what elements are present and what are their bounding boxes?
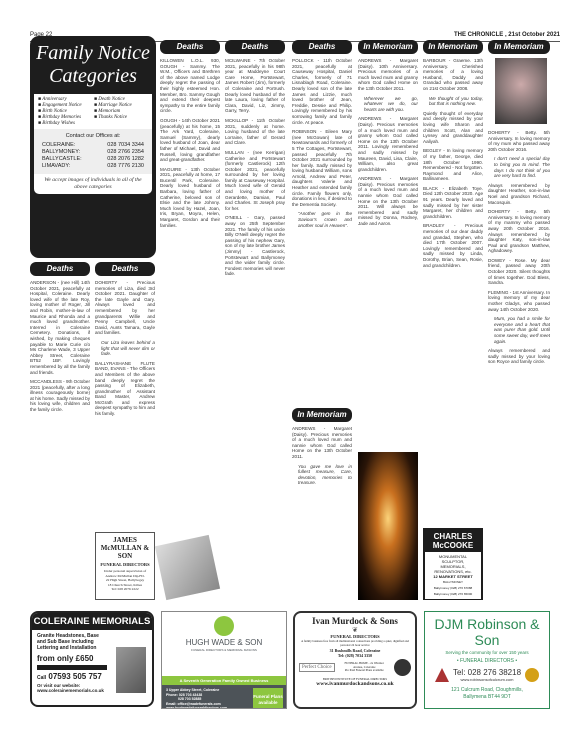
deaths-column-4: MCILWAINE - 7th October 2021, peacefully…: [225, 58, 285, 598]
category-item: Death Notice: [94, 97, 148, 102]
categories-title-line1: Family Notice: [36, 42, 150, 64]
images-note: We accept images of individuals in all o…: [34, 174, 152, 194]
deaths-header: Deaths: [30, 262, 90, 276]
funeral-plans-badge: Funeral Plans available: [253, 688, 283, 709]
notice-barbour-2: Quietly thought of everyday and deeply m…: [423, 111, 483, 145]
deaths-column-1: ANDERSON - (nee Hill) 14th October 2021,…: [30, 280, 90, 602]
nafd-logo-icon: [435, 668, 449, 682]
categories-title-line2: Categories: [49, 65, 137, 87]
category-item: Birthday Memories: [38, 115, 92, 120]
verse: You gave me love in fullest measure, Car…: [292, 464, 352, 486]
office-row: BALLYMONEY:028 2766 2354: [42, 149, 144, 156]
ad-charles-mccooke[interactable]: CHARLESMcCOOKE MONUMENTALSCULPTOR,MEMORI…: [423, 528, 483, 600]
notice-doherty-2: DOHERTY - Betty. 5th Anniversary. In lov…: [488, 209, 550, 254]
notice-oneill: O'NEILL - Gary, passed away on 25th Sept…: [225, 215, 285, 277]
paper-masthead: THE CHRONICLE , 21st October 2021: [454, 32, 560, 38]
deaths-header: Deaths: [160, 40, 220, 54]
notice-black: BLACK - Elizabeth Toye. Died 12th Octobe…: [423, 186, 483, 220]
deaths-column-5: POLLOCK - 11th October 2021, peacefully …: [292, 58, 352, 398]
notice-bradley: BRADLEY - Precious memories of our dear …: [423, 223, 483, 268]
deaths-header: Deaths: [225, 40, 285, 54]
category-item: Anniversary: [38, 97, 92, 102]
notice-pollock: POLLOCK - 11th October 2021, peacefully …: [292, 58, 352, 125]
in-memoriam-header: In Memoriam: [488, 40, 550, 54]
notice-barbour: BARBOUR - Graeme. 13th Anniversary. Cher…: [423, 58, 483, 92]
deaths-header: Deaths: [292, 40, 352, 54]
perfect-choice-logo: Perfect Choice: [299, 663, 335, 672]
memoriam-column-1: ANDREWS - Margaret (Daisy). Precious mem…: [292, 426, 352, 601]
notice-robinson: ROBINSON - Eileen Mary (nee McGowan) lat…: [292, 129, 352, 207]
notice-doherty: DOHERTY - Precious memories of Liza, die…: [95, 280, 155, 336]
deaths-header: Deaths: [95, 262, 155, 276]
ad-james-mcmullan[interactable]: JAMES McMULLAN & SON FUNERAL DIRECTORS U…: [95, 532, 155, 600]
notice-doherty-1: DOHERTY - Betty. 5th Anniversary. In lov…: [488, 130, 550, 152]
notice-begley: BEGLEY - In loving memory of my father, …: [423, 148, 483, 182]
notice-killowen: KILLOWEN L.O.L. 930, GOUGH - Sammy. The …: [160, 58, 220, 114]
notice-andrews-1: ANDREWS - Margaret (Daisy). 10th Anniver…: [358, 58, 418, 92]
verse: Our Liza leaves behind a light that will…: [95, 340, 155, 357]
office-row: BALLYCASTLE:028 2076 1282: [42, 156, 144, 163]
deaths-column-3: KILLOWEN L.O.L. 930, GOUGH - Sammy. The …: [160, 58, 220, 528]
notice-mcilwaine: MCILWAINE - 7th October 2021, peacefully…: [225, 58, 285, 114]
bifd-crest-icon: [394, 659, 411, 676]
verse: Mum, you had a smile for everyone and a …: [488, 316, 550, 344]
office-contacts: Contact our Offices at: COLERAINE:028 70…: [34, 129, 152, 174]
ad-coleraine-memorials[interactable]: COLERAINE MEMORIALS Granite Headstones, …: [30, 611, 154, 707]
crest-icon: [525, 668, 539, 682]
category-item: Birthday Wishes: [38, 121, 92, 126]
memoriam-column-4: DOHERTY - Betty. 5th Anniversary. In lov…: [488, 130, 550, 600]
category-item: Thanks Notice: [94, 115, 148, 120]
notice-anderson: ANDERSON - (nee Hill) 14th October 2021,…: [30, 280, 90, 375]
headstone-image: [116, 647, 146, 693]
category-list: Anniversary Death Notice Engagement Noti…: [34, 94, 152, 129]
family-notice-categories-box: Family NoticeCategories Anniversary Deat…: [30, 36, 156, 258]
category-item: Memoriam: [94, 109, 148, 114]
notice-doherty-1b: Always remembered by daughter Heather, s…: [488, 183, 550, 205]
in-memoriam-header: In Memoriam: [292, 408, 352, 422]
notice-mccandless: MCCANDLESS - 9th October 2021 (peacefull…: [30, 379, 90, 413]
notice-gough: GOUGH - 14th October 2021 (peacefully) a…: [160, 118, 220, 163]
deaths-column-2: DOHERTY - Precious memories of Liza, die…: [95, 280, 155, 510]
ad-djm-robinson[interactable]: DJM Robinson & Son Serving the community…: [424, 611, 550, 709]
verse: We thought of you today, but that is not…: [423, 96, 483, 107]
in-memoriam-header: In Memoriam: [358, 40, 418, 54]
verse: I don't need a special day to bring you …: [488, 156, 550, 178]
portrait-photo: [495, 58, 547, 124]
notice-ballyrashane: BALLYRASHANE FLUTE BAND, EVANS - The Off…: [95, 361, 155, 417]
in-memoriam-header: In Memoriam: [423, 40, 483, 54]
category-item: Marriage Notice: [94, 103, 148, 108]
candle-image: [358, 452, 418, 600]
contact-title: Contact our Offices at:: [42, 133, 144, 139]
ad-ivan-murdock[interactable]: Ivan Murdock & Sons ❦ FUNERAL DIRECTORS …: [293, 611, 417, 709]
notice-fleming: FLEMING - 1st Anniversary. In loving mem…: [488, 290, 550, 312]
hughwade-logo-icon: [214, 616, 234, 636]
notice-maguire: MAGUIRE - 13th October 2021, peacefully …: [160, 167, 220, 229]
verse: Wherever we go, whatever we do, our hear…: [358, 96, 418, 113]
verse: "Another gem in the Saviour's crown and …: [292, 211, 352, 228]
notice-mullan: MULLAN - (nee Kerrigan) Catherine and Po…: [225, 150, 285, 212]
notice-andrews-2: ANDREWS - Margaret (Daisy). Precious mem…: [358, 116, 418, 172]
notice-mckillop: MCKILLOP - 11th October 2021, suddenly a…: [225, 118, 285, 146]
ad-hugh-wade[interactable]: HUGH WADE & SON FUNERAL DIRECTORS & MEMO…: [161, 611, 287, 709]
category-item: Engagement Notice: [38, 103, 92, 108]
notice-dowey: DOWEY - Rose. My dear friend, passed awa…: [488, 258, 550, 286]
office-row: LIMAVADY:028 7776 2130: [42, 163, 144, 170]
notice-andrews-3: ANDREWS - Margaret (Daisy). Precious mem…: [358, 176, 418, 226]
notice-andrews: ANDREWS - Margaret (Daisy). Precious mem…: [292, 426, 352, 460]
memoriam-column-3: BARBOUR - Graeme. 13th Anniversary. Cher…: [423, 58, 483, 508]
office-row: COLERAINE:028 7034 3344: [42, 142, 144, 149]
memoriam-column-2: ANDREWS - Margaret (Daisy). 10th Anniver…: [358, 58, 418, 438]
category-item: Birth Notice: [38, 109, 92, 114]
bible-image: [155, 535, 220, 600]
notice-fleming-2: Always remembered and sadly missed by yo…: [488, 348, 550, 365]
